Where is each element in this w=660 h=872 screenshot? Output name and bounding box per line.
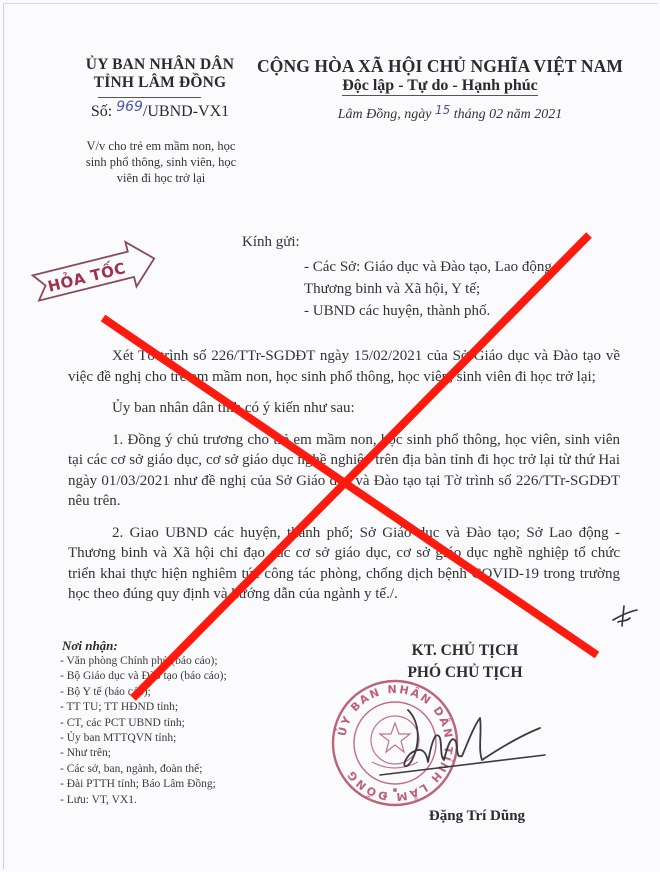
distribution-list: - Văn phòng Chính phủ (báo cáo); - Bộ Gi… (60, 654, 227, 808)
subject-line: viên đi học trở lại (66, 170, 256, 186)
recipient-line: - Các Sở: Giáo dục và Đào tạo, Lao động … (304, 256, 624, 278)
signer-name: Đặng Trí Dũng (412, 808, 542, 825)
date-line: Lâm Đồng, ngày 15 tháng 02 năm 2021 (300, 107, 600, 123)
distribution-item: - Các sở, ban, ngành, đoàn thể; (60, 762, 227, 777)
body-paragraph: Xét Tờ trình số 226/TTr-SGDĐT ngày 15/02… (68, 346, 620, 387)
body-paragraph: Ủy ban nhân dân tỉnh có ý kiến như sau: (68, 398, 620, 419)
handwritten-signature-icon (370, 690, 600, 790)
recipient-line: - UBND các huyện, thành phố. (304, 300, 624, 322)
distribution-item: - Bộ Y tế (báo cáo); (60, 685, 227, 700)
agency-line-2: TỈNH LÂM ĐỒNG (60, 74, 260, 92)
document-body: Xét Tờ trình số 226/TTr-SGDĐT ngày 15/02… (68, 346, 620, 616)
distribution-item: - CT, các PCT UBND tỉnh; (60, 716, 227, 731)
distribution-item: - Bộ Giáo dục và Đào tạo (báo cáo); (60, 669, 227, 684)
distribution-item: - Như trên; (60, 746, 227, 761)
date-prefix: Lâm Đồng, ngày (338, 107, 432, 122)
date-suffix: tháng 02 năm 2021 (454, 107, 563, 122)
distribution-title: Nơi nhận: (62, 638, 118, 654)
document-number: Số: 969/UBND-VX1 (60, 103, 260, 121)
greeting: Kính gửi: (242, 234, 300, 251)
national-title: CỘNG HÒA XÃ HỘI CHỦ NGHĨA VIỆT NAM (250, 56, 630, 77)
subject-line: V/v cho trẻ em mầm non, học (66, 138, 256, 154)
doc-number-handwritten: 969 (116, 99, 143, 115)
distribution-item: - Ủy ban MTTQVN tỉnh; (60, 731, 227, 746)
body-paragraph: 1. Đồng ý chủ trương cho trẻ em mầm non,… (68, 430, 620, 512)
handwritten-initial-icon (610, 600, 640, 630)
motto-text: Độc lập - Tự do - Hạnh phúc (342, 77, 538, 96)
doc-number-suffix: /UBND-VX1 (143, 103, 229, 120)
distribution-item: - Văn phòng Chính phủ (báo cáo); (60, 654, 227, 669)
national-motto: Độc lập - Tự do - Hạnh phúc (250, 77, 630, 95)
signature-title-line: KT. CHỦ TỊCH (400, 640, 530, 662)
agency-underline (98, 97, 201, 98)
recipient-list: - Các Sở: Giáo dục và Đào tạo, Lao động … (304, 256, 624, 322)
body-paragraph: 2. Giao UBND các huyện, thành phố; Sở Gi… (68, 523, 620, 605)
issuing-agency: ỦY BAN NHÂN DÂN TỈNH LÂM ĐỒNG (60, 56, 260, 92)
distribution-item: - Đài PTTH tỉnh; Báo Lâm Đồng; (60, 777, 227, 792)
doc-number-prefix: Số: (91, 103, 112, 120)
document-subject: V/v cho trẻ em mầm non, học sinh phổ thô… (66, 138, 256, 186)
distribution-item: - TT TU; TT HĐND tỉnh; (60, 700, 227, 715)
date-day-handwritten: 15 (435, 103, 450, 117)
urgent-stamp-arrow-icon: HỎA TỐC (28, 238, 164, 308)
agency-line-1: ỦY BAN NHÂN DÂN (60, 56, 260, 74)
distribution-item: - Lưu: VT, VX1. (60, 793, 227, 808)
recipient-line: Thương binh và Xã hội, Y tế; (304, 278, 624, 300)
subject-line: sinh phổ thông, sinh viên, học (66, 154, 256, 170)
